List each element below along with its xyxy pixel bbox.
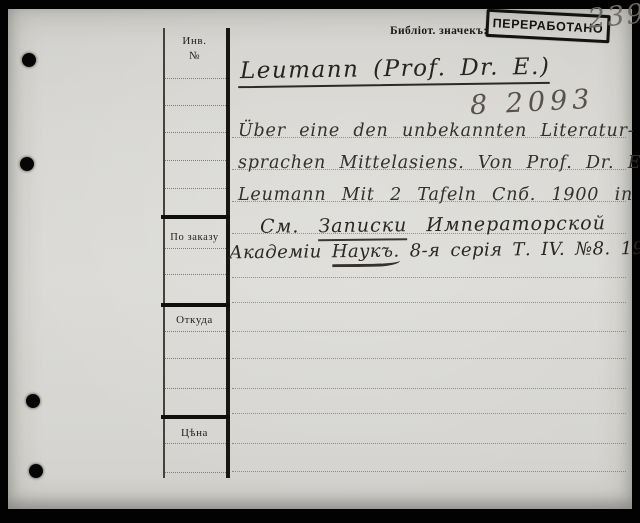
ruled-line — [232, 358, 626, 359]
column-left-border — [163, 28, 165, 478]
punch-hole — [20, 157, 34, 171]
reference-line2-start: Академіи — [229, 241, 322, 263]
reference-line-1: См. Записки Императорской — [260, 212, 606, 238]
reference-academy-underlined: Наукъ. — [332, 241, 400, 268]
ruled-line — [232, 277, 626, 278]
column-ruled-line — [165, 248, 226, 249]
inventory-label-line1: Инв. — [163, 34, 226, 49]
ruled-line — [232, 331, 626, 332]
reference-journal-underlined: Записки — [318, 214, 407, 241]
column-section-divider — [161, 303, 230, 307]
scan-background: { "scan": { "page_number": "239", "libra… — [0, 0, 640, 523]
title-line-2: sprachen Mittelasiens. Von Prof. Dr. E. — [238, 153, 640, 173]
ruled-line — [232, 388, 626, 389]
column-section-divider — [161, 215, 230, 219]
reference-line2-rest: 8-я серія Т. IV. №8. 1900. — [410, 238, 640, 262]
reworked-stamp-text: ПЕРЕРАБОТАНО — [492, 16, 603, 36]
column-ruled-line — [165, 274, 226, 275]
entry-heading: Leumann (Prof. Dr. E.) — [240, 54, 551, 84]
reference-line-2: Академіи Наукъ. 8-я серія Т. IV. №8. 190… — [229, 238, 640, 264]
ruled-line — [232, 413, 626, 414]
reference-see: См. — [260, 215, 300, 237]
inventory-number-label: Инв. № — [163, 34, 226, 64]
column-ruled-line — [165, 443, 226, 444]
price-label: Цѣна — [163, 426, 226, 441]
punch-hole — [29, 464, 43, 478]
ruled-line — [232, 302, 626, 303]
punch-hole — [22, 53, 36, 67]
column-ruled-line — [165, 331, 226, 332]
punch-hole — [26, 394, 40, 408]
column-ruled-line — [165, 472, 226, 473]
ruled-line — [232, 471, 626, 472]
order-label: По заказу — [163, 230, 226, 245]
title-line-3: Leumann Mit 2 Tafeln Спб. 1900 in 4° — [238, 185, 640, 205]
column-ruled-line — [165, 78, 226, 79]
origin-label: Откуда — [163, 313, 226, 328]
inventory-label-line2: № — [163, 49, 226, 64]
library-mark-label: Библіот. значекъ: — [390, 25, 488, 37]
page-number: 239 — [587, 0, 640, 35]
column-ruled-line — [165, 160, 226, 161]
column-ruled-line — [165, 105, 226, 106]
column-section-divider — [161, 415, 230, 419]
ruled-line — [232, 443, 626, 444]
column-ruled-line — [165, 358, 226, 359]
catalog-card: Инв. № По заказу Откуда Цѣна Библіот. зн… — [8, 9, 632, 509]
column-ruled-line — [165, 188, 226, 189]
accession-number: 8 2093 — [469, 84, 595, 121]
column-ruled-line — [165, 132, 226, 133]
column-ruled-line — [165, 388, 226, 389]
title-line-1: Über eine den unbekannten Literatur- — [238, 121, 634, 141]
reference-line1-rest: Императорской — [426, 212, 606, 236]
